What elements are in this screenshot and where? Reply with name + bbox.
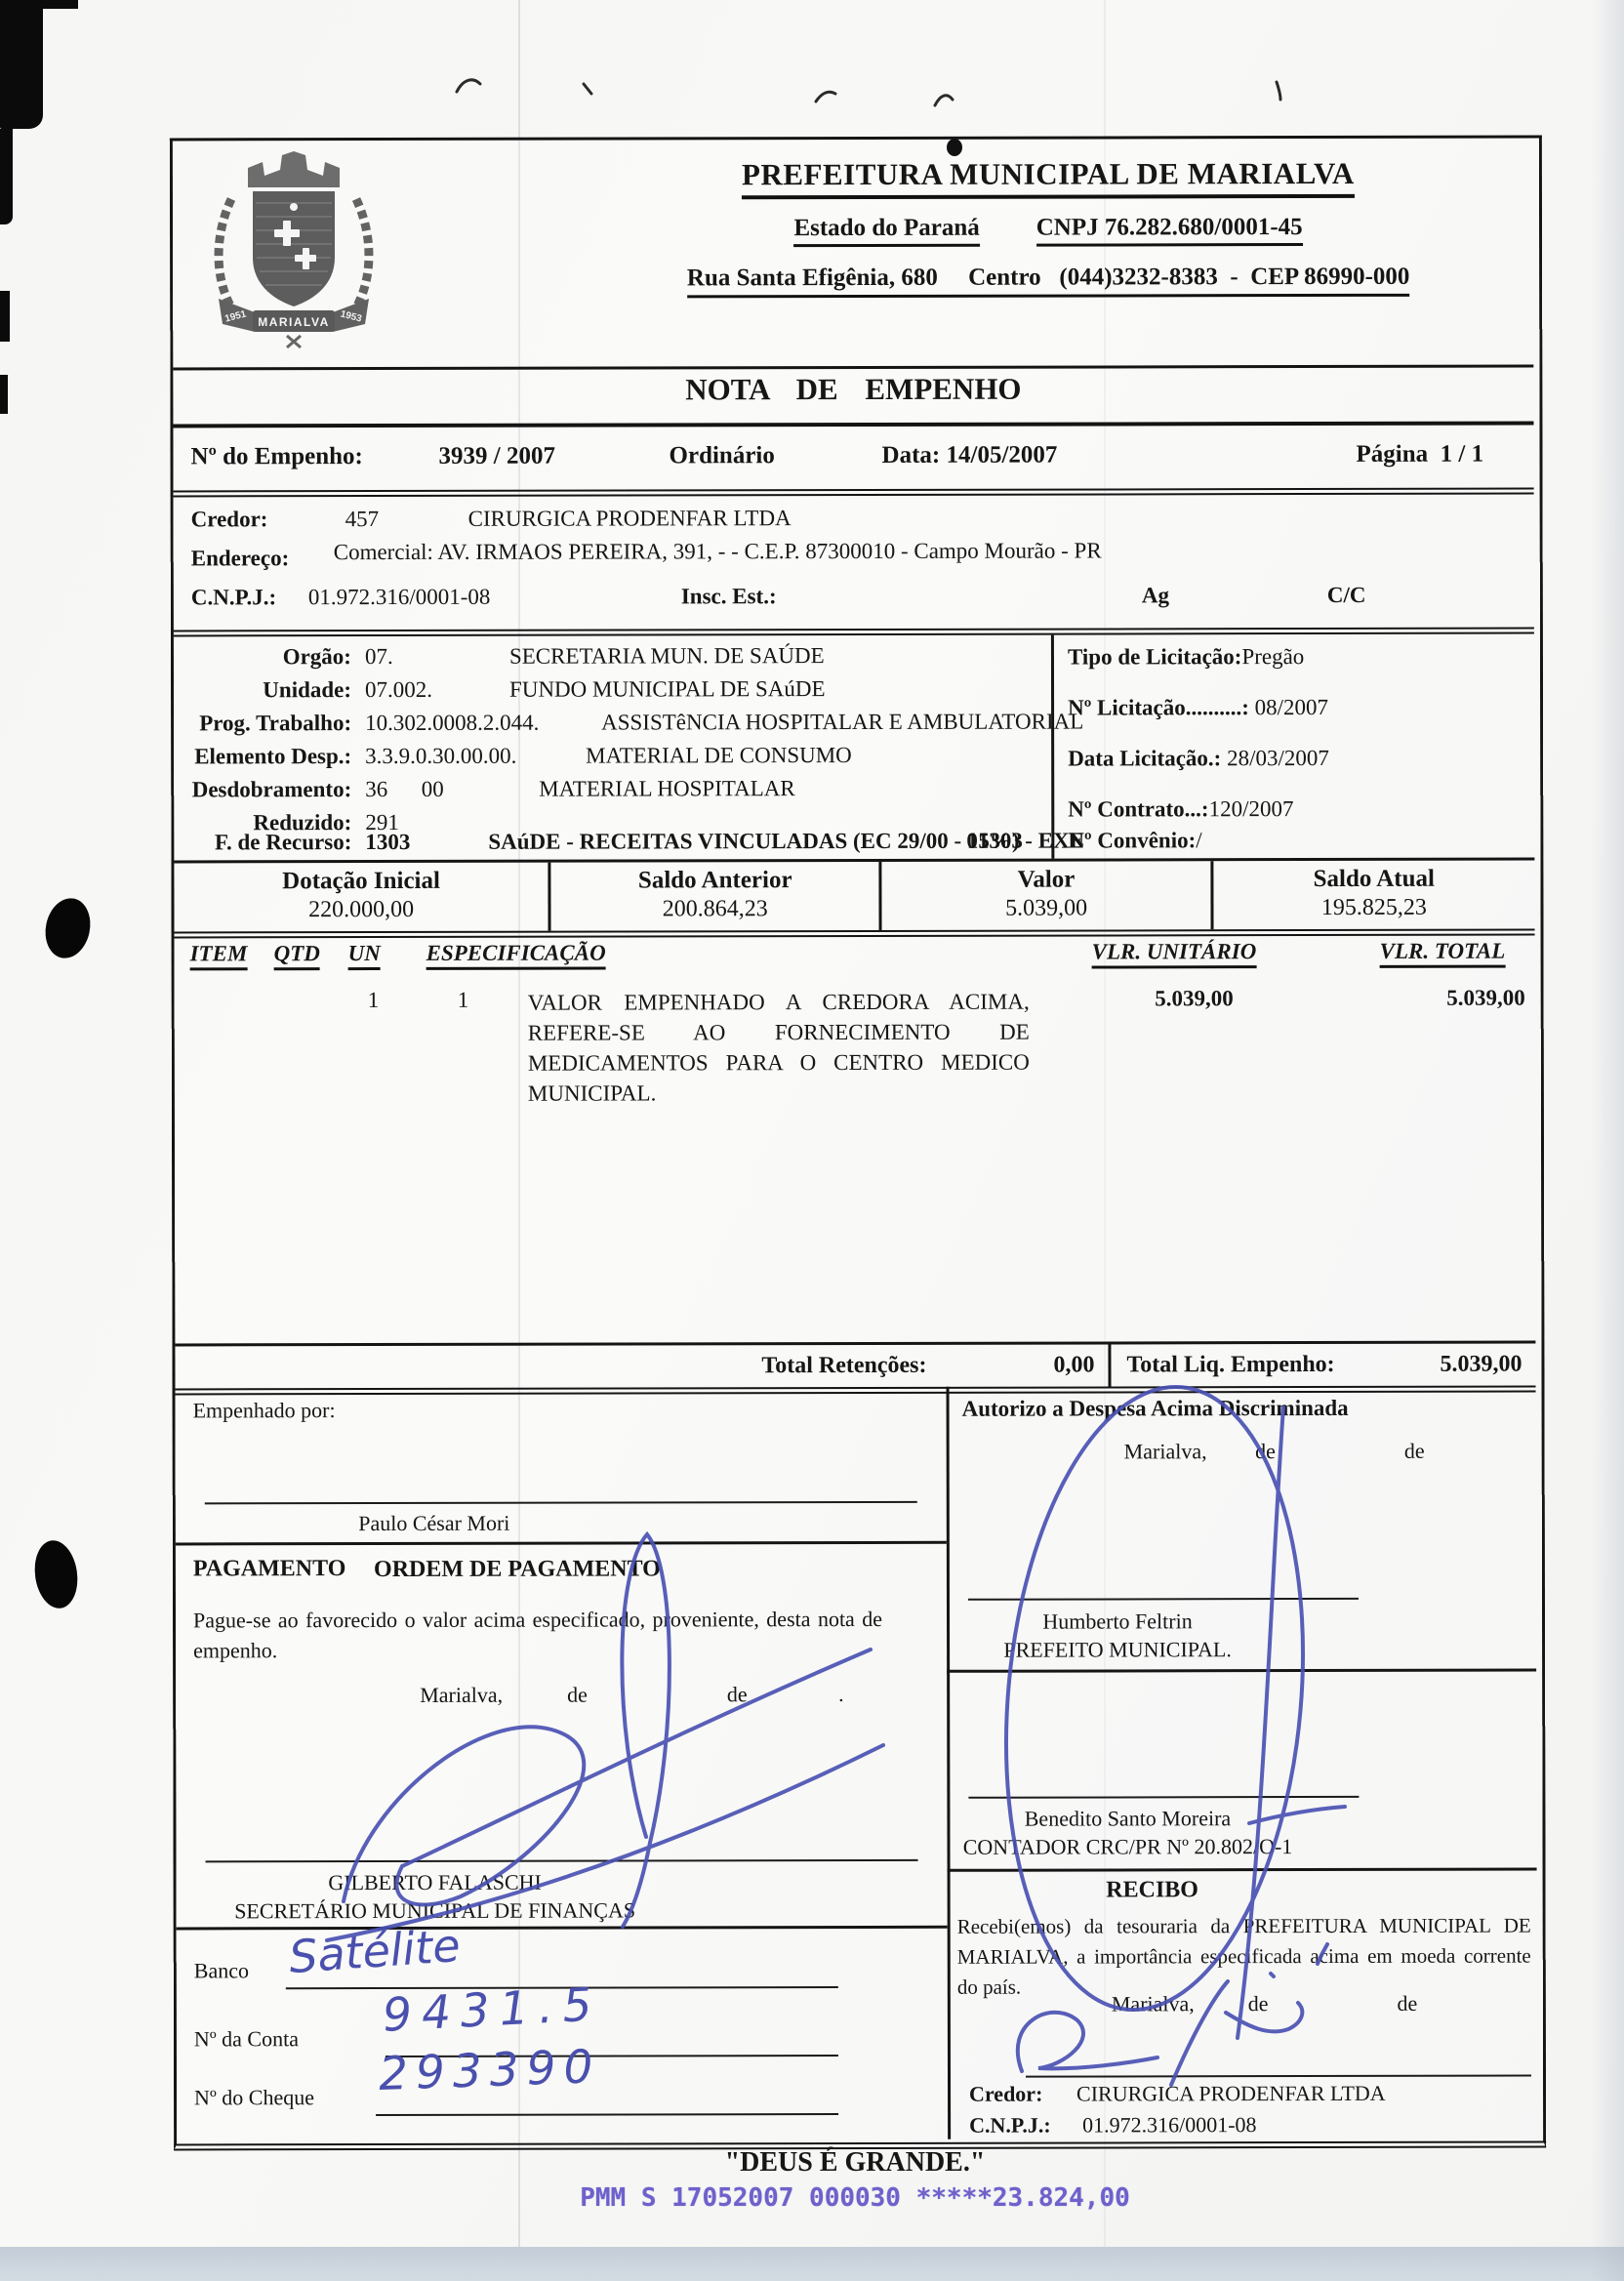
item-qty: 1 <box>458 988 469 1013</box>
empenho-number-value: 3939 / 2007 <box>438 443 555 470</box>
column-divider <box>947 1387 952 2139</box>
empenho-modality: Ordinário <box>669 442 774 469</box>
licitacao-row: Data Licitação.: 28/03/2007 <box>1068 746 1329 772</box>
empenho-number-label: Nº do Empenho: <box>190 443 362 470</box>
ink-blot <box>30 1537 81 1610</box>
cnpj-label: CNPJ 76.282.680/0001-45 <box>1036 214 1303 247</box>
ink-blot <box>40 894 96 962</box>
page-indicator: Página 1 / 1 <box>1356 441 1483 468</box>
valor-cell: Valor 5.039,00 <box>882 861 1213 930</box>
prefeito-name: Humberto Feltrin <box>947 1607 1288 1636</box>
amounts-row: Dotação Inicial 220.000,00 Saldo Anterio… <box>174 861 1534 939</box>
state-label: Estado do Paraná <box>793 215 979 247</box>
scan-artifact <box>43 0 78 9</box>
cheque-handwritten-value: 293390 <box>378 2040 601 2101</box>
insc-est-label: Insc. Est.: <box>681 584 777 609</box>
secretario-name: GILBERTO FALASCHI <box>216 1867 655 1896</box>
scan-artifact <box>0 291 10 342</box>
conta-label: Nº da Conta <box>194 2026 299 2052</box>
classification-left-panel: Orgão:07.SECRETARIA MUN. DE SAÚDE Unidad… <box>174 635 1048 861</box>
document-frame: PREFEITURA MUNICIPAL DE MARIALVA Estado … <box>170 136 1546 2151</box>
contador-name: Benedito Santo Moreira <box>947 1804 1308 1833</box>
autorizo-title: Autorizo a Despesa Acima Discriminada <box>962 1396 1349 1422</box>
signature-line <box>968 1598 1359 1601</box>
prefeito-name-role: Humberto Feltrin PREFEITO MUNICIPAL. <box>947 1607 1288 1664</box>
secretario-name-role: GILBERTO FALASCHI SECRETÁRIO MUNICIPAL D… <box>216 1867 655 1925</box>
scanned-nota-de-empenho: MARIALVA 1951 1953 PREFEITURA MUNICIPAL … <box>0 0 1624 2281</box>
classification-row: Orgão:07.SECRETARIA MUN. DE SAÚDE <box>174 643 1048 671</box>
empenhado-name: Paulo César Mori <box>293 1509 576 1538</box>
licitacao-panel: Tipo de Licitação:Pregão Nº Licitação...… <box>1051 634 1537 859</box>
col-especificacao: ESPECIFICAÇÃO <box>426 941 606 970</box>
licitacao-row: Nº Contrato...:120/2007 <box>1068 796 1293 822</box>
classification-row: Elemento Desp.:3.3.9.0.30.00.00.MATERIAL… <box>174 743 1048 770</box>
credor-code: 457 <box>345 507 380 532</box>
conta-corrente-label: C/C <box>1327 583 1366 608</box>
classification-row: Desdobramento:36 00MATERIAL HOSPITALAR <box>174 776 1048 803</box>
scan-bottom-edge <box>0 2247 1624 2281</box>
scan-right-edge <box>1591 0 1624 2281</box>
endereco-label: Endereço: <box>191 546 290 571</box>
scan-artifact <box>0 375 8 414</box>
item-description: VALOR EMPENHADO A CREDORA ACIMA, REFERE-… <box>528 987 1030 1109</box>
saldo-anterior-cell: Saldo Anterior 200.864,23 <box>551 862 882 931</box>
city-date-line: Marialva, de de <box>1124 1439 1425 1465</box>
signature-line <box>1026 2075 1531 2078</box>
cheque-label: Nº do Cheque <box>194 2085 314 2110</box>
scan-artifact <box>0 129 13 224</box>
cnpj-row-value: 01.972.316/0001-08 <box>308 585 491 610</box>
col-un: UN <box>348 941 381 970</box>
recibo-cnpj-value: 01.972.316/0001-08 <box>1082 2112 1257 2138</box>
machine-stamp-line: PMM S 17052007 000030 *****23.824,00 <box>172 2183 1538 2213</box>
section-divider <box>947 1669 1536 1673</box>
prefecture-title: PREFEITURA MUNICIPAL DE MARIALVA <box>742 156 1355 199</box>
section-divider <box>177 1926 948 1931</box>
signatures-section: Empenhado por: Paulo César Mori PAGAMENT… <box>176 1386 1538 2141</box>
cheque-underline <box>376 2113 838 2116</box>
prefeito-role: PREFEITO MUNICIPAL. <box>947 1635 1288 1664</box>
items-table-body: 1 1 VALOR EMPENHADO A CREDORA ACIMA, REF… <box>175 976 1536 1344</box>
recibo-credor-value: CIRURGICA PRODENFAR LTDA <box>1076 2081 1386 2107</box>
total-retencoes-label: Total Retenções: <box>175 1353 926 1381</box>
classification-row: Unidade:07.002.FUNDO MUNICIPAL DE SAúDE <box>174 676 1048 704</box>
signature-line <box>968 1796 1359 1799</box>
empenho-date: Data: 14/05/2007 <box>881 442 1057 469</box>
credor-name: CIRURGICA PRODENFAR LTDA <box>468 506 792 532</box>
licitacao-row: Nº Convênio:/ <box>1068 828 1201 853</box>
licitacao-row: Nº Licitação..........: 08/2007 <box>1068 695 1328 721</box>
document-title: NOTA DE EMPENHO <box>685 372 1021 407</box>
col-vlr-total: VLR. TOTAL <box>1380 939 1506 968</box>
total-retencoes-value: 0,00 <box>926 1352 1108 1378</box>
col-vlr-unitario: VLR. UNITÁRIO <box>1092 939 1257 968</box>
item-total-value: 5.039,00 <box>1330 986 1525 1011</box>
ordem-pagamento-title: ORDEM DE PAGAMENTO <box>332 1555 703 1584</box>
pague-se-text: Pague-se ao favorecido o valor acima esp… <box>193 1604 882 1665</box>
classification-row: Prog. Trabalho:10.302.0008.2.044.ASSISTê… <box>174 710 1048 737</box>
conta-handwritten-value: 9431.5 <box>382 1977 603 2043</box>
city-date-line: Marialva, de de . <box>420 1682 843 1708</box>
recibo-cnpj-label: C.N.P.J.: <box>969 2113 1051 2138</box>
address-line: Rua Santa Efigênia, 680 Centro (044)3232… <box>687 264 1410 299</box>
motto-text: "DEUS É GRANDE." <box>172 2147 1538 2179</box>
document-title-band: NOTA DE EMPENHO <box>173 365 1533 428</box>
credor-label: Credor: <box>191 507 268 532</box>
col-item: ITEM <box>190 941 248 970</box>
items-table-header: ITEM QTD UN ESPECIFICAÇÃO VLR. UNITÁRIO … <box>175 929 1535 979</box>
endereco-value: Comercial: AV. IRMAOS PEREIRA, 391, - - … <box>334 538 1102 565</box>
total-liq-value: 5.039,00 <box>1360 1352 1535 1378</box>
col-qtd: QTD <box>274 941 320 970</box>
city-date-line: Marialva, de de <box>1112 1991 1417 2017</box>
recibo-text: Recebi(emos) da tesouraria da PREFEITURA… <box>957 1911 1531 2003</box>
licitacao-row: Tipo de Licitação:Pregão <box>1068 644 1304 671</box>
saldo-atual-cell: Saldo Atual 195.825,23 <box>1213 861 1534 930</box>
document-header: PREFEITURA MUNICIPAL DE MARIALVA Estado … <box>173 139 1533 371</box>
banco-label: Banco <box>194 1958 249 1983</box>
pagamento-title: PAGAMENTO <box>193 1556 346 1582</box>
signature-line <box>205 1501 917 1505</box>
empenho-row: Nº do Empenho: 3939 / 2007 Ordinário Dat… <box>173 422 1533 498</box>
dotacao-inicial-cell: Dotação Inicial 220.000,00 <box>174 863 550 932</box>
contador-name-role: Benedito Santo Moreira CONTADOR CRC/PR N… <box>947 1804 1308 1861</box>
credor-box: Credor: 457 CIRURGICA PRODENFAR LTDA End… <box>174 495 1534 637</box>
recibo-title: RECIBO <box>948 1876 1358 1905</box>
signature-line <box>206 1859 918 1863</box>
budget-classification-box: Orgão:07.SECRETARIA MUN. DE SAÚDE Unidad… <box>174 634 1534 864</box>
classification-row: F. de Recurso:1303SAúDE - RECEITAS VINCU… <box>174 829 1048 856</box>
section-divider <box>948 1868 1537 1872</box>
agencia-label: Ag <box>1142 583 1169 608</box>
cnpj-row-label: C.N.P.J.: <box>191 585 276 610</box>
contador-role: CONTADOR CRC/PR Nº 20.802/O-1 <box>947 1832 1308 1861</box>
item-unit-value: 5.039,00 <box>1038 986 1234 1011</box>
empenhado-por-label: Empenhado por: <box>193 1398 336 1423</box>
pen-marks <box>457 80 1280 105</box>
section-divider <box>176 1541 947 1546</box>
item-number: 1 <box>368 988 380 1013</box>
scan-artifact <box>0 0 43 129</box>
recibo-credor-label: Credor: <box>969 2082 1042 2107</box>
total-liq-label: Total Liq. Empenho: <box>1108 1344 1360 1387</box>
recurso-extra-code: 01303 <box>966 829 1023 854</box>
